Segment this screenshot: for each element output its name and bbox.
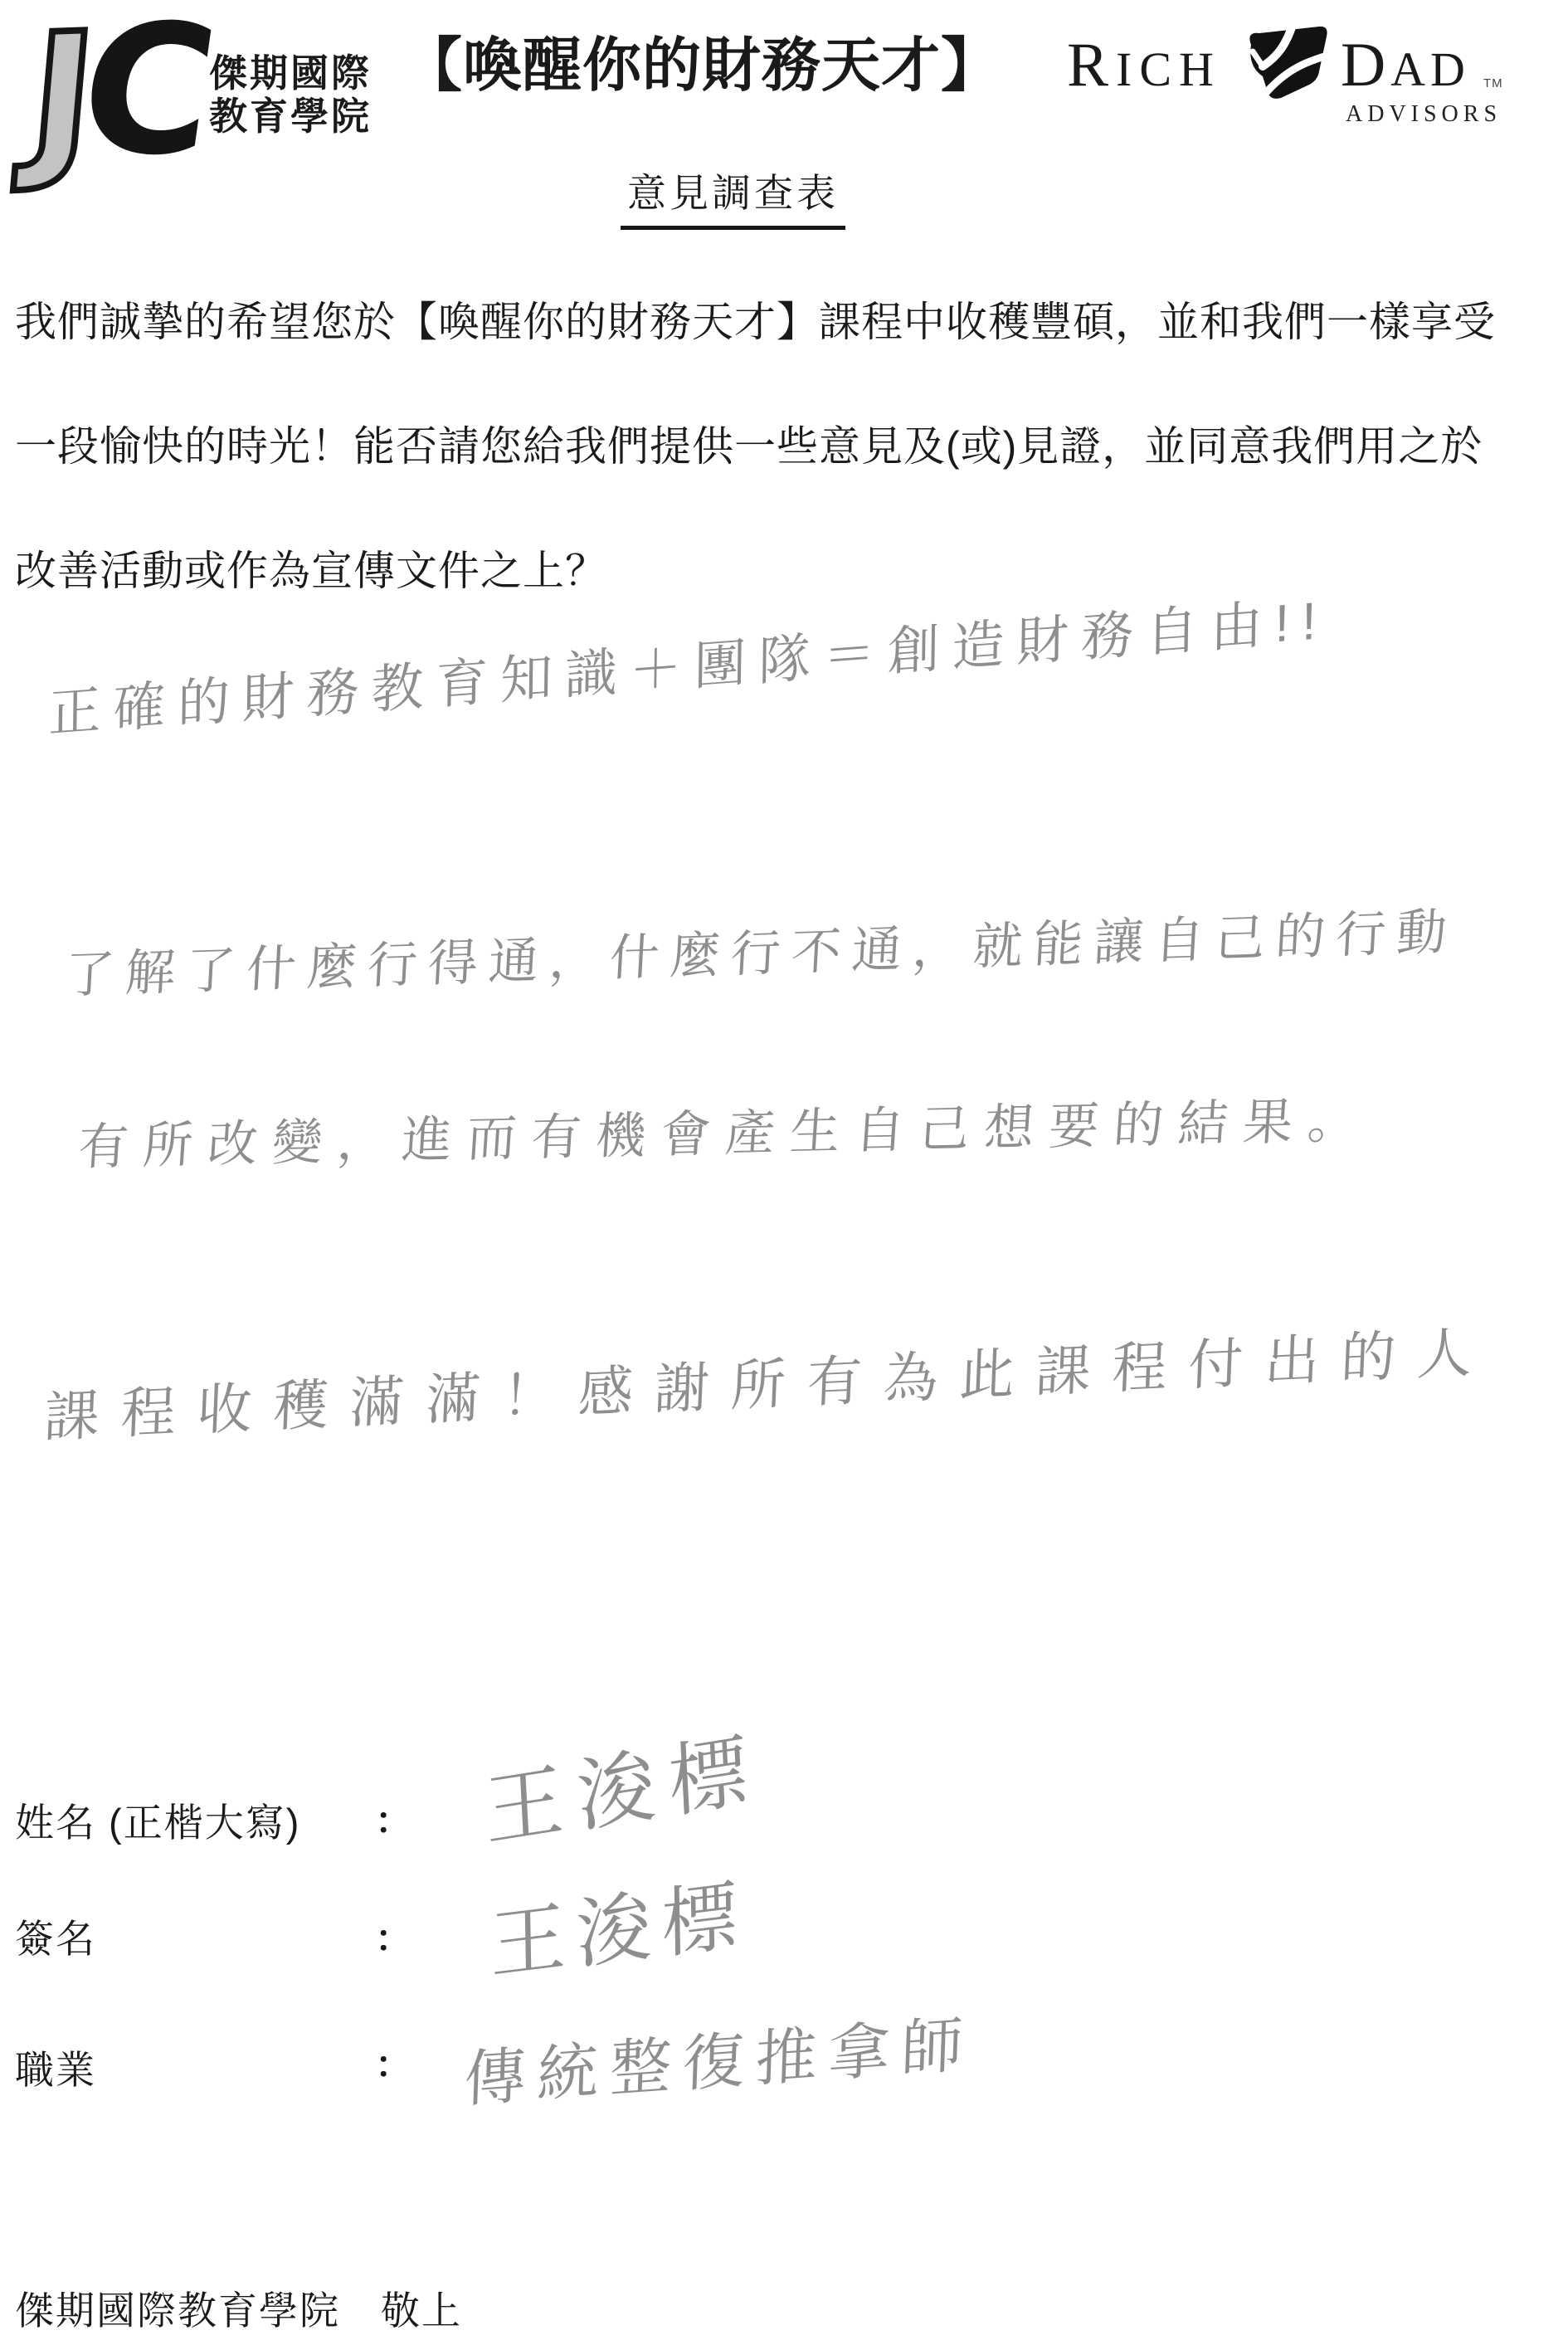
richdad-brand-word-rich: RICH (1067, 30, 1221, 101)
name-field-colon: ： (375, 1791, 411, 1844)
richdad-shield-icon (1238, 23, 1331, 100)
name-field-handwritten-value: 王浚標 (482, 1705, 763, 1863)
signature-field-handwritten-value: 王浚標 (489, 1853, 748, 1995)
footer-closing: 傑期國際教育學院 敬上 (15, 2280, 462, 2335)
name-field-label: 姓名 (正楷大寫) (15, 1792, 300, 1848)
occupation-field-label: 職業 (15, 2040, 96, 2095)
trademark-symbol: TM (1483, 76, 1503, 90)
handwritten-feedback-line3: 有所改變，進而有機會產生自己想要的結果。 (76, 1080, 1375, 1179)
organization-name: 傑期國際 教育學院 (209, 51, 372, 138)
handwritten-feedback-line2: 了解了什麼行得通，什麼行不通，就能讓自己的行動 (63, 892, 1459, 1007)
form-title: 意見調查表 (621, 163, 845, 230)
jc-logo-letter-c: C (71, 0, 227, 180)
signature-field-label: 簽名 (15, 1908, 96, 1964)
jc-logo: JC (23, 0, 222, 183)
handwritten-feedback-line1: 正確的財務教育知識＋團隊＝創造財務自由!! (48, 578, 1329, 748)
intro-paragraph-line1: 我們誠摯的希望您於【喚醒你的財務天才】課程中收穫豐碩，並和我們一樣享受 (15, 289, 1558, 349)
scanned-feedback-form: JC 傑期國際 教育學院 【喚醒你的財務天才】 RICH DAD TM ADVI… (0, 0, 1568, 2335)
richdad-brand-subtext: ADVISORS (1346, 101, 1502, 128)
organization-name-line2: 教育學院 (209, 95, 372, 138)
signature-field-colon: ： (375, 1908, 411, 1962)
course-title: 【喚醒你的財務天才】 (403, 18, 1001, 103)
organization-name-line1: 傑期國際 (209, 51, 372, 95)
occupation-field-colon: ： (375, 2035, 411, 2088)
handwritten-feedback-line4: 課程收穫滿滿！感謝所有為此課程付出的人 (43, 1307, 1495, 1452)
intro-paragraph-line2: 一段愉快的時光！能否請您給我們提供一些意見及(或)見證，並同意我們用之於 (15, 413, 1558, 473)
richdad-brand-word-dad: DAD (1341, 30, 1470, 101)
occupation-field-handwritten-value: 傳統整復推拿師 (463, 1996, 976, 2119)
